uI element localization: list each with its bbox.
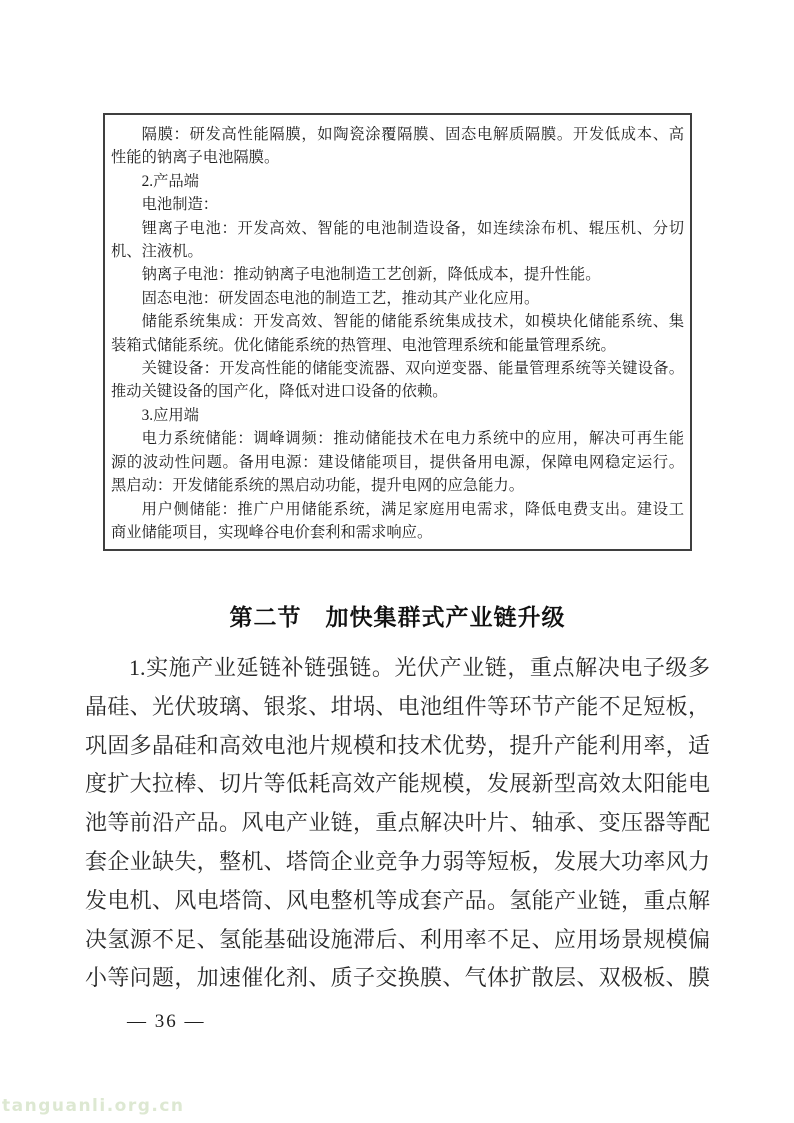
document-page: 隔膜：研发高性能隔膜，如陶瓷涂覆隔膜、固态电解质隔膜。开发低成本、高性能的钠离子… [0,0,794,1123]
box-line: 电力系统储能：调峰调频：推动储能技术在电力系统中的应用，解决可再生能 [111,427,684,450]
box-line: 钠离子电池：推动钠离子电池制造工艺创新，降低成本，提升性能。 [111,263,684,286]
box-paragraph: 锂离子电池：开发高效、智能的电池制造设备，如连续涂布机、辊压机、分切机、注液机。 [111,217,684,264]
box-paragraph: 固态电池：研发固态电池的制造工艺，推动其产业化应用。 [111,287,684,310]
body-line: 发电机、风电塔筒、风电整机等成套产品。氢能产业链，重点解 [85,882,710,921]
body-line: 度扩大拉棒、切片等低耗高效产能规模，发展新型高效太阳能电 [85,765,710,804]
box-line: 锂离子电池：开发高效、智能的电池制造设备，如连续涂布机、辊压机、分切 [111,217,684,240]
box-paragraph: 用户侧储能：推广户用储能系统，满足家庭用电需求，降低电费支出。建设工商业储能项目… [111,498,684,545]
body-line: 池等前沿产品。风电产业链，重点解决叶片、轴承、变压器等配 [85,804,710,843]
box-paragraph: 3.应用端 [111,404,684,427]
box-paragraph: 电池制造： [111,193,684,216]
box-line: 性能的钠离子电池隔膜。 [111,146,684,169]
body-line: 套企业缺失，整机、塔筒企业竞争力弱等短板，发展大功率风力 [85,843,710,882]
box-line: 黑启动：开发储能系统的黑启动功能，提升电网的应急能力。 [111,474,684,497]
section-heading: 第二节 加快集群式产业链升级 [85,599,710,632]
box-line: 用户侧储能：推广户用储能系统，满足家庭用电需求，降低电费支出。建设工 [111,498,684,521]
body-line: 1.实施产业延链补链强链。光伏产业链，重点解决电子级多 [85,649,710,688]
box-line: 推动关键设备的国产化，降低对进口设备的依赖。 [111,380,684,403]
page-number: — 36 — [127,1011,206,1033]
watermark: tanguanli.org.cn [2,1096,185,1116]
box-line: 机、注液机。 [111,240,684,263]
box-paragraph: 关键设备：开发高性能的储能变流器、双向逆变器、能量管理系统等关键设备。推动关键设… [111,357,684,404]
body-line: 巩固多晶硅和高效电池片规模和技术优势，提升产能利用率，适 [85,727,710,766]
body-line: 晶硅、光伏玻璃、银浆、坩埚、电池组件等环节产能不足短板， [85,688,710,727]
box-line: 2.产品端 [111,170,684,193]
box-paragraph: 电力系统储能：调峰调频：推动储能技术在电力系统中的应用，解决可再生能源的波动性问… [111,427,684,497]
box-paragraph: 储能系统集成：开发高效、智能的储能系统集成技术，如模块化储能系统、集装箱式储能系… [111,310,684,357]
body-line: 小等问题，加速催化剂、质子交换膜、气体扩散层、双极板、膜 [85,959,710,998]
body-paragraph: 1.实施产业延链补链强链。光伏产业链，重点解决电子级多晶硅、光伏玻璃、银浆、坩埚… [85,649,710,998]
box-line: 3.应用端 [111,404,684,427]
box-line: 电池制造： [111,193,684,216]
body-line: 决氢源不足、氢能基础设施滞后、利用率不足、应用场景规模偏 [85,921,710,960]
content-box: 隔膜：研发高性能隔膜，如陶瓷涂覆隔膜、固态电解质隔膜。开发低成本、高性能的钠离子… [103,113,692,551]
box-line: 储能系统集成：开发高效、智能的储能系统集成技术，如模块化储能系统、集 [111,310,684,333]
box-line: 固态电池：研发固态电池的制造工艺，推动其产业化应用。 [111,287,684,310]
box-line: 商业储能项目，实现峰谷电价套利和需求响应。 [111,521,684,544]
box-paragraph: 隔膜：研发高性能隔膜，如陶瓷涂覆隔膜、固态电解质隔膜。开发低成本、高性能的钠离子… [111,123,684,170]
box-line: 隔膜：研发高性能隔膜，如陶瓷涂覆隔膜、固态电解质隔膜。开发低成本、高 [111,123,684,146]
box-paragraph: 2.产品端 [111,170,684,193]
box-line: 关键设备：开发高性能的储能变流器、双向逆变器、能量管理系统等关键设备。 [111,357,684,380]
box-line: 装箱式储能系统。优化储能系统的热管理、电池管理系统和能量管理系统。 [111,334,684,357]
box-line: 源的波动性问题。备用电源：建设储能项目，提供备用电源，保障电网稳定运行。 [111,451,684,474]
box-paragraph: 钠离子电池：推动钠离子电池制造工艺创新，降低成本，提升性能。 [111,263,684,286]
